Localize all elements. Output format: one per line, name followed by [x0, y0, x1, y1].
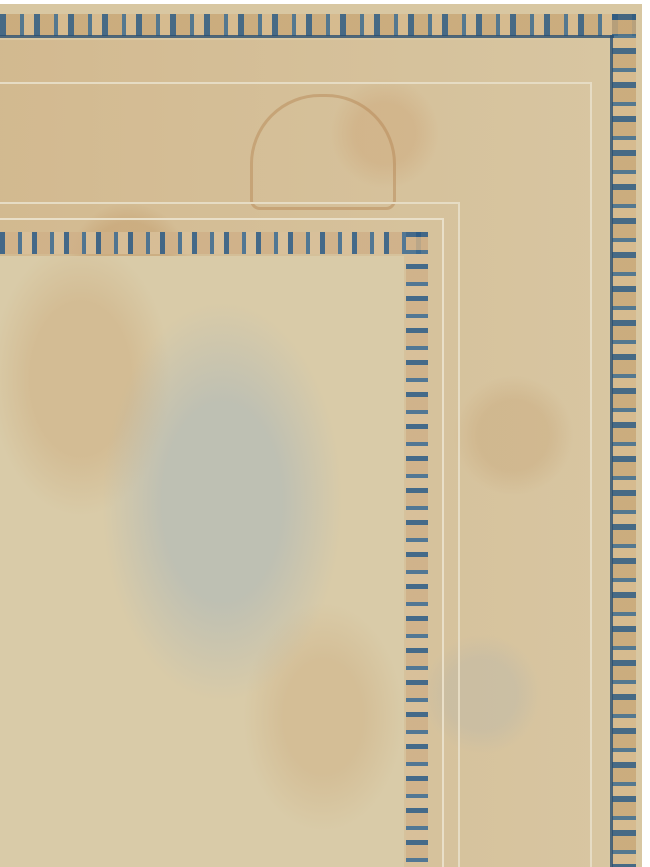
outer-line-right: [610, 35, 613, 867]
outer-guard-border-right: [612, 14, 636, 867]
rug-field: [0, 256, 404, 867]
inner-guard-line-right: [458, 202, 460, 867]
inner-guard-border-right: [406, 232, 428, 867]
guard-line-top: [0, 82, 592, 84]
inner-guard-line-top: [0, 202, 460, 204]
inner-guard-border-top: [0, 232, 428, 254]
outer-guard-border-top: [0, 14, 636, 36]
guard-line-right: [590, 82, 592, 867]
inner-guard-line2-top: [0, 218, 444, 220]
rug-photo: [0, 4, 642, 867]
outer-line-top: [0, 35, 614, 38]
inner-guard-line2-right: [442, 218, 444, 867]
